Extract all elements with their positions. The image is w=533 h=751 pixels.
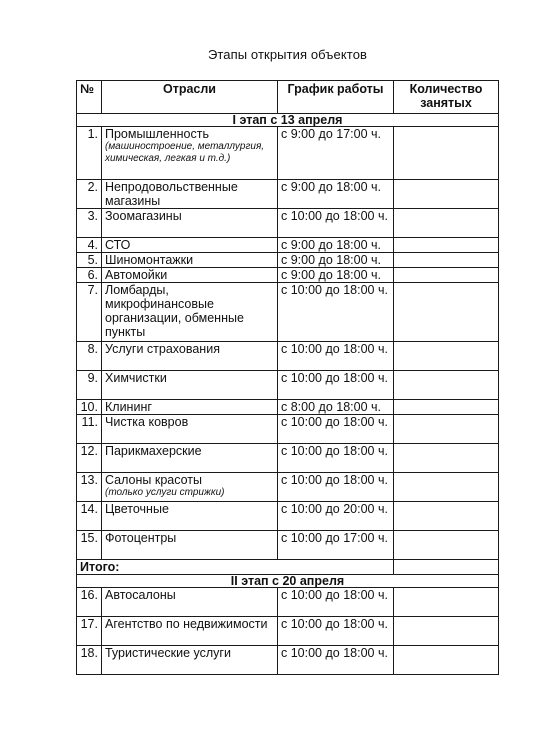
stage-1-label: I этап с 13 апреля bbox=[77, 114, 499, 127]
table-row: 8.Услуги страхованияс 10:00 до 18:00 ч. bbox=[77, 342, 499, 371]
page-title: Этапы открытия объектов bbox=[0, 47, 533, 62]
work-hours: с 10:00 до 18:00 ч. bbox=[278, 209, 394, 238]
industry-cell: Парикмахерские bbox=[102, 444, 278, 473]
table-row: 5.Шиномонтажкис 9:00 до 18:00 ч. bbox=[77, 253, 499, 268]
industry-name: Непродовольственные магазины bbox=[105, 180, 238, 208]
stage-2-label: II этап с 20 апреля bbox=[77, 575, 499, 588]
industry-name: Фотоцентры bbox=[105, 531, 176, 545]
table-row: 9.Химчисткис 10:00 до 18:00 ч. bbox=[77, 371, 499, 400]
row-number: 18. bbox=[77, 646, 102, 675]
employee-count[interactable] bbox=[394, 473, 499, 502]
row-number: 3. bbox=[77, 209, 102, 238]
work-hours: с 10:00 до 20:00 ч. bbox=[278, 502, 394, 531]
row-number: 8. bbox=[77, 342, 102, 371]
work-hours: с 10:00 до 18:00 ч. bbox=[278, 588, 394, 617]
table-row: 6.Автомойкис 9:00 до 18:00 ч. bbox=[77, 268, 499, 283]
work-hours: с 10:00 до 18:00 ч. bbox=[278, 415, 394, 444]
header-industry: Отрасли bbox=[102, 81, 278, 114]
total-label: Итого: bbox=[77, 560, 394, 575]
employee-count[interactable] bbox=[394, 253, 499, 268]
employee-count[interactable] bbox=[394, 415, 499, 444]
industry-name: Туристические услуги bbox=[105, 646, 231, 660]
table-row: 7.Ломбарды, микрофинансовые организации,… bbox=[77, 283, 499, 342]
table-row: 12.Парикмахерскиес 10:00 до 18:00 ч. bbox=[77, 444, 499, 473]
stage-2-row: II этап с 20 апреля bbox=[77, 575, 499, 588]
employee-count[interactable] bbox=[394, 180, 499, 209]
industry-cell: Непродовольственные магазины bbox=[102, 180, 278, 209]
industry-name: Зоомагазины bbox=[105, 209, 182, 223]
industry-name: Ломбарды, микрофинансовые организации, о… bbox=[105, 283, 244, 339]
industry-name: СТО bbox=[105, 238, 130, 252]
work-hours: с 8:00 до 18:00 ч. bbox=[278, 400, 394, 415]
work-hours: с 10:00 до 18:00 ч. bbox=[278, 473, 394, 502]
industry-name: Химчистки bbox=[105, 371, 167, 385]
table-row: 1.Промышленность(машиностроение, металлу… bbox=[77, 127, 499, 180]
total-value[interactable] bbox=[394, 560, 499, 575]
schedule-table: № Отрасли График работы Количество занят… bbox=[76, 80, 499, 675]
row-number: 15. bbox=[77, 531, 102, 560]
stage-1-row: I этап с 13 апреля bbox=[77, 114, 499, 127]
work-hours: с 10:00 до 18:00 ч. bbox=[278, 283, 394, 342]
employee-count[interactable] bbox=[394, 127, 499, 180]
industry-cell: Шиномонтажки bbox=[102, 253, 278, 268]
table-row: 4.СТОс 9:00 до 18:00 ч. bbox=[77, 238, 499, 253]
industry-cell: Фотоцентры bbox=[102, 531, 278, 560]
employee-count[interactable] bbox=[394, 342, 499, 371]
row-number: 6. bbox=[77, 268, 102, 283]
industry-name: Чистка ковров bbox=[105, 415, 188, 429]
work-hours: с 10:00 до 18:00 ч. bbox=[278, 617, 394, 646]
header-count: Количество занятых bbox=[394, 81, 499, 114]
industry-cell: Зоомагазины bbox=[102, 209, 278, 238]
work-hours: с 10:00 до 18:00 ч. bbox=[278, 371, 394, 400]
industry-cell: Промышленность(машиностроение, металлург… bbox=[102, 127, 278, 180]
table-row: 14.Цветочныес 10:00 до 20:00 ч. bbox=[77, 502, 499, 531]
employee-count[interactable] bbox=[394, 502, 499, 531]
row-number: 16. bbox=[77, 588, 102, 617]
row-number: 12. bbox=[77, 444, 102, 473]
industry-name: Клининг bbox=[105, 400, 152, 414]
work-hours: с 10:00 до 18:00 ч. bbox=[278, 646, 394, 675]
work-hours: с 10:00 до 18:00 ч. bbox=[278, 444, 394, 473]
table-row: 16.Автосалоныс 10:00 до 18:00 ч. bbox=[77, 588, 499, 617]
industry-cell: Клининг bbox=[102, 400, 278, 415]
industry-name: Агентство по недвижимости bbox=[105, 617, 268, 631]
employee-count[interactable] bbox=[394, 238, 499, 253]
industry-name: Цветочные bbox=[105, 502, 169, 516]
row-number: 7. bbox=[77, 283, 102, 342]
employee-count[interactable] bbox=[394, 646, 499, 675]
employee-count[interactable] bbox=[394, 283, 499, 342]
work-hours: с 10:00 до 17:00 ч. bbox=[278, 531, 394, 560]
industry-name: Промышленность bbox=[105, 127, 209, 141]
table-row: 13.Салоны красоты(только услуги стрижки)… bbox=[77, 473, 499, 502]
row-number: 17. bbox=[77, 617, 102, 646]
industry-cell: Автомойки bbox=[102, 268, 278, 283]
work-hours: с 10:00 до 18:00 ч. bbox=[278, 342, 394, 371]
table-row: 18.Туристические услугис 10:00 до 18:00 … bbox=[77, 646, 499, 675]
industry-name: Парикмахерские bbox=[105, 444, 202, 458]
industry-name: Услуги страхования bbox=[105, 342, 220, 356]
employee-count[interactable] bbox=[394, 588, 499, 617]
table-row: 3.Зоомагазиныс 10:00 до 18:00 ч. bbox=[77, 209, 499, 238]
total-row: Итого: bbox=[77, 560, 499, 575]
employee-count[interactable] bbox=[394, 400, 499, 415]
row-number: 13. bbox=[77, 473, 102, 502]
industry-cell: Автосалоны bbox=[102, 588, 278, 617]
work-hours: с 9:00 до 18:00 ч. bbox=[278, 253, 394, 268]
employee-count[interactable] bbox=[394, 371, 499, 400]
industry-cell: Химчистки bbox=[102, 371, 278, 400]
industry-cell: Агентство по недвижимости bbox=[102, 617, 278, 646]
table-row: 15.Фотоцентрыс 10:00 до 17:00 ч. bbox=[77, 531, 499, 560]
work-hours: с 9:00 до 18:00 ч. bbox=[278, 268, 394, 283]
employee-count[interactable] bbox=[394, 444, 499, 473]
header-num: № bbox=[77, 81, 102, 114]
industry-note: (машиностроение, металлургия, химическая… bbox=[105, 141, 274, 165]
employee-count[interactable] bbox=[394, 531, 499, 560]
table-row: 2.Непродовольственные магазиныс 9:00 до … bbox=[77, 180, 499, 209]
employee-count[interactable] bbox=[394, 617, 499, 646]
employee-count[interactable] bbox=[394, 209, 499, 238]
employee-count[interactable] bbox=[394, 268, 499, 283]
industry-cell: Цветочные bbox=[102, 502, 278, 531]
industry-cell: Ломбарды, микрофинансовые организации, о… bbox=[102, 283, 278, 342]
work-hours: с 9:00 до 18:00 ч. bbox=[278, 180, 394, 209]
industry-name: Автосалоны bbox=[105, 588, 176, 602]
table-row: 11.Чистка ковровс 10:00 до 18:00 ч. bbox=[77, 415, 499, 444]
row-number: 2. bbox=[77, 180, 102, 209]
row-number: 11. bbox=[77, 415, 102, 444]
work-hours: с 9:00 до 18:00 ч. bbox=[278, 238, 394, 253]
header-row: № Отрасли График работы Количество занят… bbox=[77, 81, 499, 114]
table-row: 17.Агентство по недвижимостис 10:00 до 1… bbox=[77, 617, 499, 646]
row-number: 14. bbox=[77, 502, 102, 531]
industry-cell: СТО bbox=[102, 238, 278, 253]
row-number: 10. bbox=[77, 400, 102, 415]
industry-name: Автомойки bbox=[105, 268, 167, 282]
row-number: 1. bbox=[77, 127, 102, 180]
industry-cell: Чистка ковров bbox=[102, 415, 278, 444]
work-hours: с 9:00 до 17:00 ч. bbox=[278, 127, 394, 180]
table-row: 10.Клинингс 8:00 до 18:00 ч. bbox=[77, 400, 499, 415]
industry-name: Шиномонтажки bbox=[105, 253, 193, 267]
industry-cell: Салоны красоты(только услуги стрижки) bbox=[102, 473, 278, 502]
industry-note: (только услуги стрижки) bbox=[105, 487, 274, 499]
row-number: 5. bbox=[77, 253, 102, 268]
row-number: 9. bbox=[77, 371, 102, 400]
header-hours: График работы bbox=[278, 81, 394, 114]
row-number: 4. bbox=[77, 238, 102, 253]
industry-cell: Услуги страхования bbox=[102, 342, 278, 371]
industry-name: Салоны красоты bbox=[105, 473, 202, 487]
industry-cell: Туристические услуги bbox=[102, 646, 278, 675]
